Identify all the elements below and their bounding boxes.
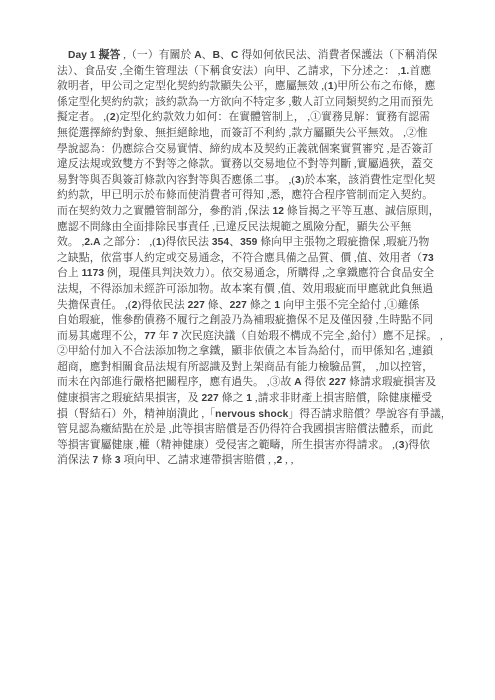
text-line: 而易其處理不公，77 年 7 次民庭決議（自始瑕不構成不完全 ,給付）應不足採。…: [57, 329, 443, 345]
text-line: 消保法 7 條 3 項向甲、乙請求連帶損害賠償 , ,2 , ,: [57, 453, 443, 469]
text-line: 學說認為：仍應綜合交易實情、締約成本及契約正義就個案實質審究 ,是否簽訂: [57, 142, 443, 158]
text-line: 易對等與否與簽訂條款內容對等與否應係二事。 ,(3)於本案，該消費性定型化契: [57, 173, 443, 189]
text-line: 敘明者，甲公司之定型化契約約款顯失公平，應屬無效 ,(1)甲所公布之布條，應: [57, 79, 443, 95]
text-line: 而未在內部進行嚴格把關程序，應有過失。 ,③故 A 得依 227 條請求瑕疵損害…: [57, 375, 443, 391]
text-line: 係定型化契約約款；該約款為一方欲向不特定多 ,數人訂立同類契約之用而預先: [57, 95, 443, 111]
text-line: 法）、食品安 ,全衛生管理法（下稱食安法）向甲、乙請求，下分述之： ,1.首應: [57, 64, 443, 80]
text-line: 健康損害之瑕疵結果損害，及 227 條之 1 ,請求非財產上損害賠償，除健康權受: [57, 391, 443, 407]
text-line: 自始瑕疵，惟參酌債務不履行之創設乃為補瑕疵擔保不足及僅因發 ,生時點不同: [57, 313, 443, 329]
text-line: 無從選擇締約對象、無拒絕餘地，而簽訂不利約 ,款方屬顯失公平無效。 ,②惟: [57, 126, 443, 142]
answer-title: Day 1 擬答: [68, 49, 120, 61]
text-line: 等損害實屬健康 ,權（精神健康）受侵害之範疇，所生損害亦得請求。 ,(3)得依: [57, 438, 443, 454]
text-line: 失擔保責任。 ,(2)得依民法 227 條、227 條之 1 向甲主張不完全給付…: [57, 298, 443, 314]
document-page: Day 1 擬答 ,（一）有關於 A、B、C 得如何依民法、消費者保護法（下稱消…: [0, 0, 495, 700]
text-line: 約約款，甲已明示於布條而使消費者可得知 ,悉，應符合程序管制而定入契約。: [57, 188, 443, 204]
text-line: 而在契約效力之實體管制部分，參酌消 ,保法 12 條旨揭之平等互惠、誠信原則，: [57, 204, 443, 220]
text-line: 違反法規或致雙方不對等之條款。實務以交易地位不對等判斷 ,實屬過狹，蓋交: [57, 157, 443, 173]
text-line: 管見認為癥結點在於是 ,此等損害賠償是否仍得符合我國損害賠償法體系，而此: [57, 422, 443, 438]
text-line: 應認不問緣由全面排除民事責任 ,已違反民法規範之風險分配，顯失公平無: [57, 220, 443, 236]
text-line: 之缺點，依當事人約定或交易通念，不符合應具備之品質、價 ,值、效用者（73: [57, 251, 443, 267]
text-line: 法規，不得添加未經許可添加物。故本案有價 ,值、效用瑕疵而甲應就此負無過: [57, 282, 443, 298]
text-line: 台上 1173 例，現僅具判決效力）。依交易通念，所購得 ,之拿鐵應符合食品安全: [57, 266, 443, 282]
text-line: 效。 ,2.A 之部分： ,(1)得依民法 354、359 條向甲主張物之瑕疵擔…: [57, 235, 443, 251]
text-line: 超商，應對相關食品法規有所認識及對上架商品有能力檢驗品質， ,加以控管，: [57, 360, 443, 376]
text-line: ②甲給付加入不合法添加物之拿鐵，顯非依債之本旨為給付，而甲係知名 ,連鎖: [57, 344, 443, 360]
text-line: Day 1 擬答 ,（一）有關於 A、B、C 得如何依民法、消費者保護法（下稱消…: [57, 48, 443, 64]
document-text: Day 1 擬答 ,（一）有關於 A、B、C 得如何依民法、消費者保護法（下稱消…: [57, 48, 443, 469]
text-line: 擬定者。 ,(2)定型化約款效力如何：在實體管制上， ,①實務見解：實務有認需: [57, 110, 443, 126]
text-line: 損（腎結石）外，精神崩潰此 ,「nervous shock」得否請求賠償？學說容…: [57, 407, 443, 423]
